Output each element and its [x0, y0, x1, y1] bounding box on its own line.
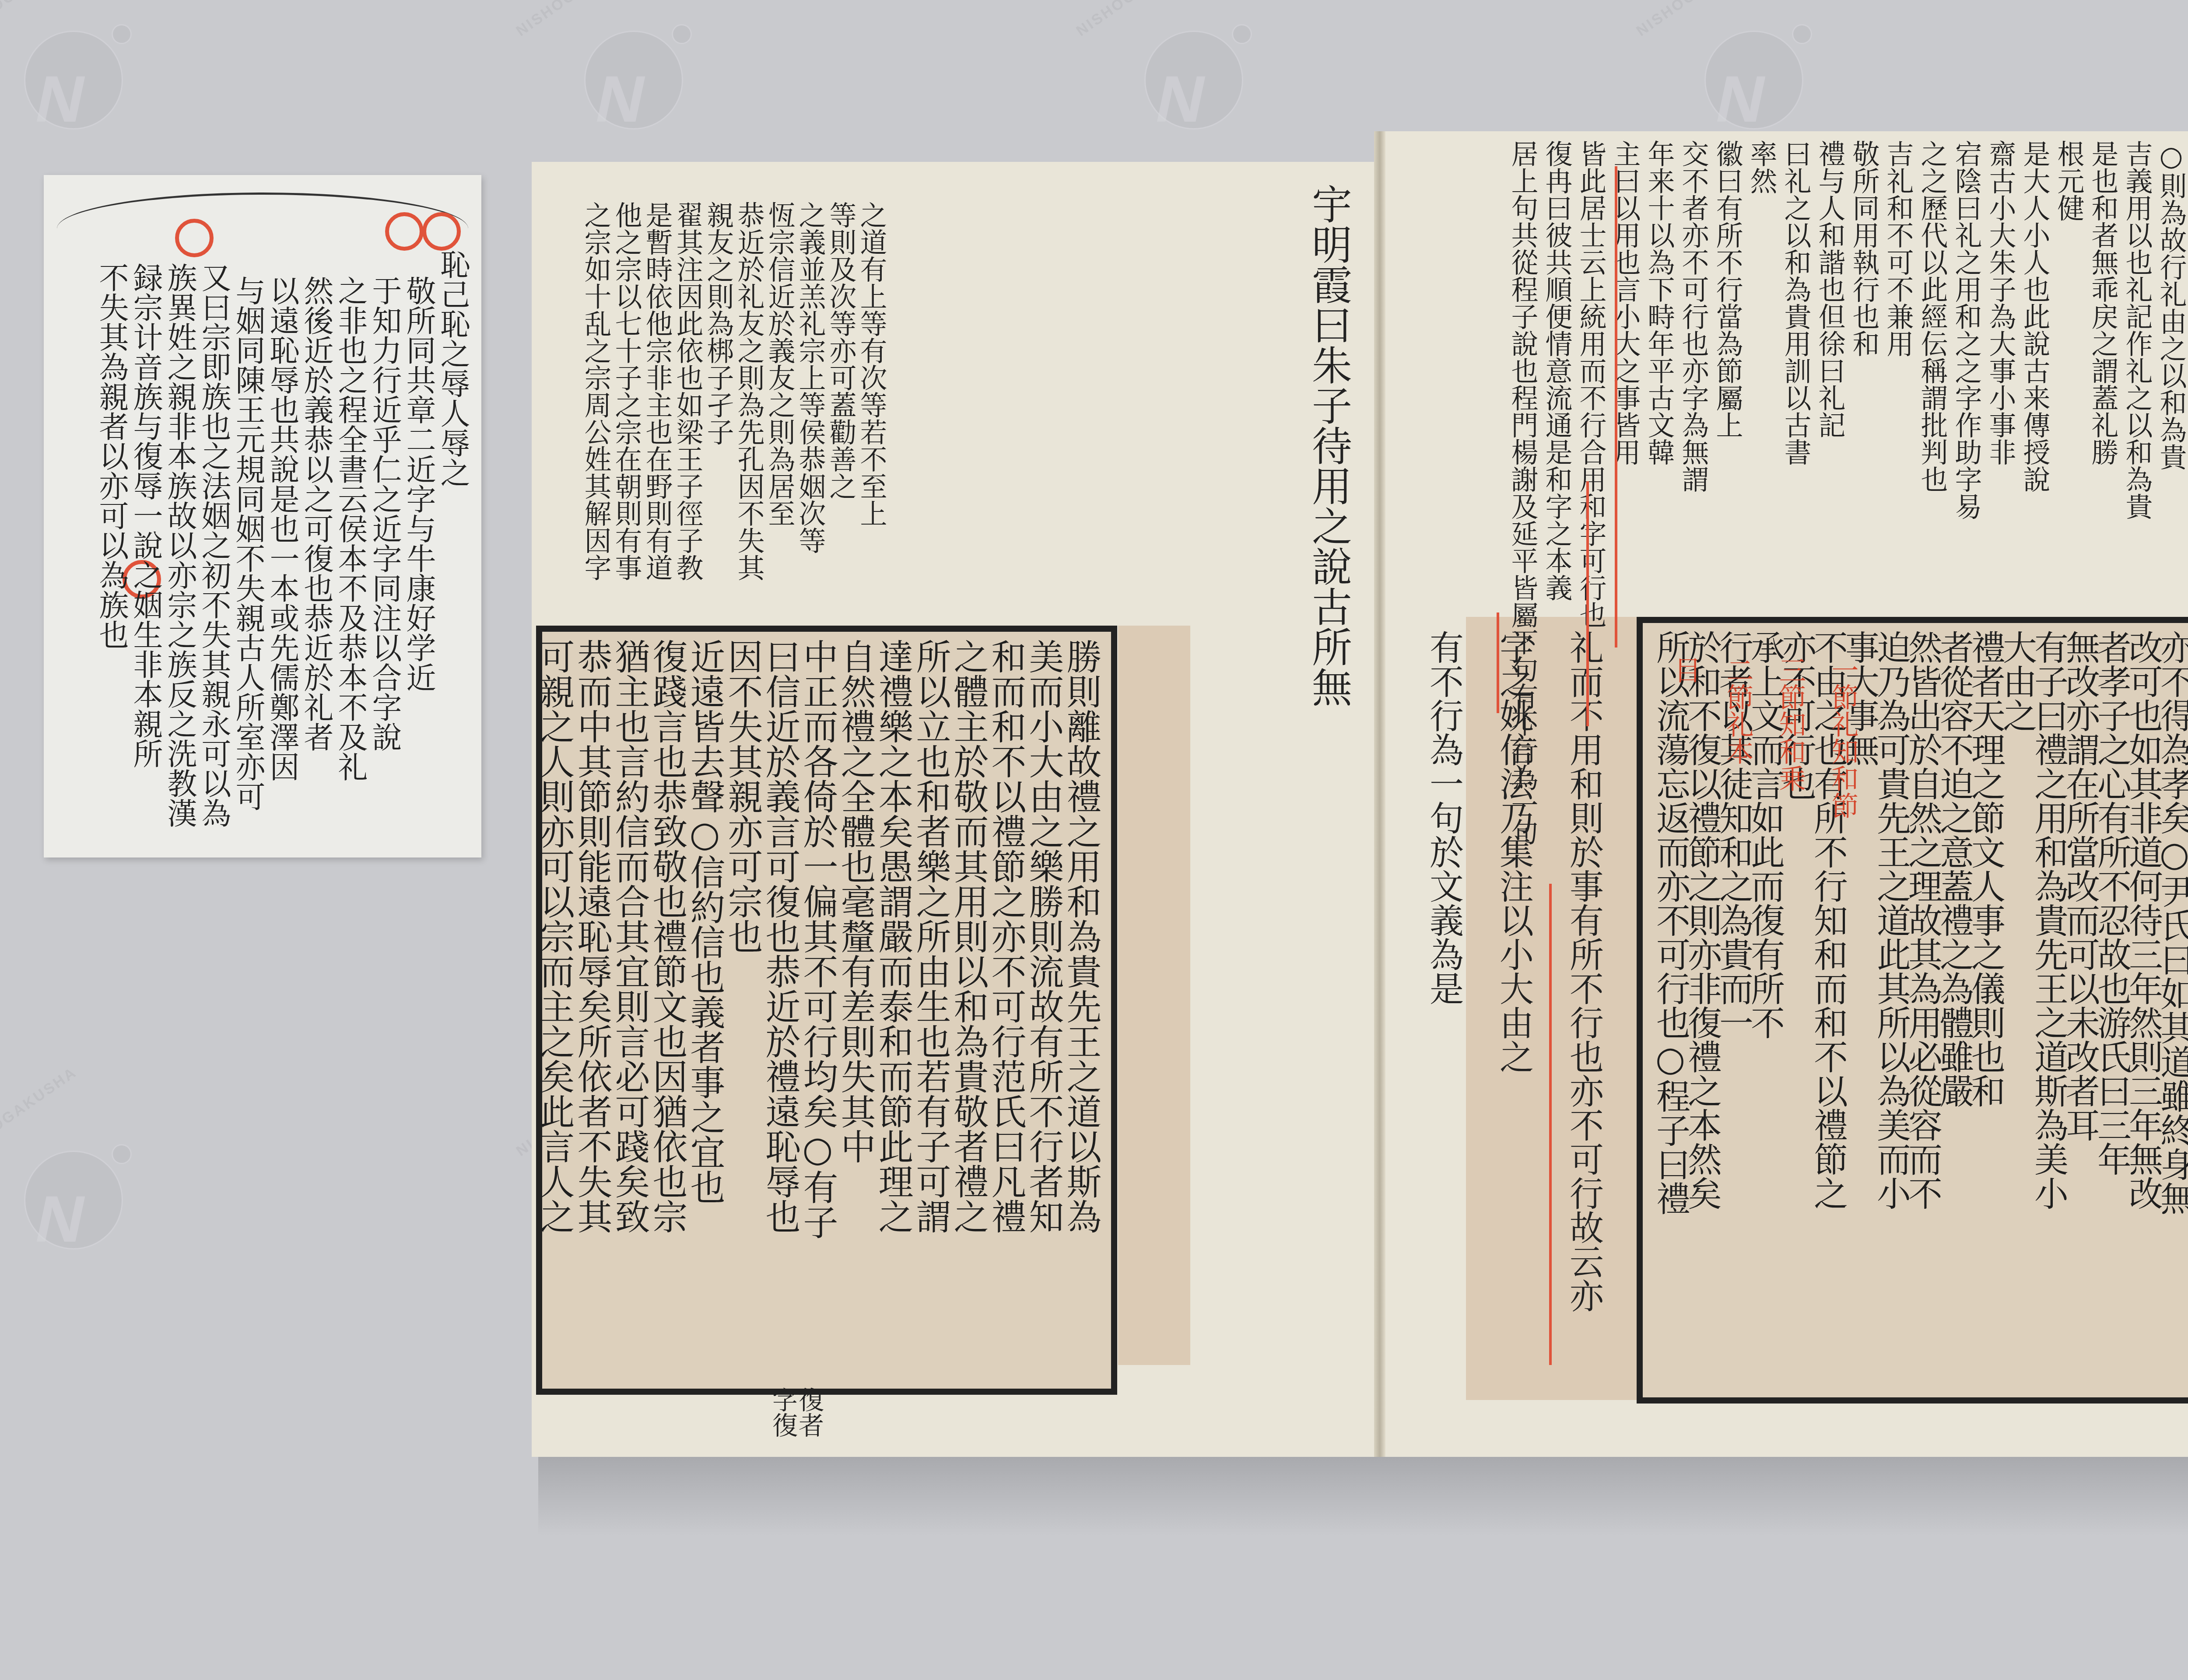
handwritten-note-column: 等則及次等亦可蓋勸善之 [827, 201, 854, 500]
slip-text-column: 之非也之程全書云侯本不及恭本不及礼 [335, 276, 365, 781]
red-circle-mark [175, 219, 214, 257]
printed-text-column: 因不失其親亦可宗也 [725, 639, 760, 954]
slip-text-column: 于知力行近乎仁之近字同注以合字說 [369, 276, 399, 752]
handwritten-note-column: 交不者亦不可行也亦字為無謂 [1680, 140, 1707, 493]
handwritten-note-column: 他之宗以七十子之宗在朝則有事 [613, 201, 640, 581]
printed-text-column: 勝則離故禮之用和為貴先王之道以斯為 [1063, 639, 1098, 1234]
vermilion-note: 目 [1672, 656, 1699, 683]
slip-text-column: 不失其為親者以亦可以為族也 [96, 262, 126, 649]
red-circle-mark [422, 212, 461, 251]
book-shadow [538, 1457, 2188, 1536]
vermilion-note: 三節知和乗 [1777, 656, 1804, 792]
handwritten-note-column: 之宗如十乱之宗周公姓其解因字 [582, 201, 609, 581]
nishogakusha-watermark-icon: NNISHOGAKUSHA [0, 1120, 131, 1251]
slip-text-column: 以遠恥辱也共說是也一本或先儒鄭澤因 [267, 276, 297, 781]
handwritten-note-column: 之道有上等有次等若不至上 [858, 201, 885, 527]
vermilion-note: 一節礼知和節 [1829, 656, 1856, 819]
nishogakusha-watermark-icon: NNISHOGAKUSHA [560, 0, 691, 131]
handwritten-note-column: 親友之則為梆子孑子 [705, 201, 732, 445]
slip-text-column: 敬所同共章二近字与牛康好学近 [403, 276, 433, 692]
printed-text-column: 之體主於敬而其用則以和為貴敬者禮之 [950, 639, 985, 1234]
book-gutter [1374, 131, 1385, 1457]
handwritten-note-column: 是大人小人也此說古来傳授說 [2021, 140, 2048, 493]
paper-strip [1118, 626, 1190, 1365]
slip-text-column: 然後近於義恭以之可復也恭近於礼者 [301, 276, 331, 752]
slip-text-column: 与姻同陳王元規同姻不失親古人所室亦可 [233, 276, 263, 811]
printed-text-column: 達禮樂之本矣愚謂嚴而泰和而節此理之 [875, 639, 910, 1234]
printed-text-column: 復踐言也恭致敬也禮節文也因猶依也宗 [649, 639, 684, 1234]
handwritten-note-column: 齋古小大朱子為大事小事非 [1987, 140, 2014, 465]
loose-note-slip: 恥己恥之辱人辱之敬所同共章二近字与牛康好学近于知力行近乎仁之近字同注以合字說之非… [44, 175, 481, 857]
handwritten-note-column: 恆宗信近於義友之則為居至 [766, 201, 793, 527]
red-annotation-line [1586, 481, 1589, 726]
handwritten-note-column: 吉義用以也礼記作礼之以和為貴 [2123, 140, 2150, 520]
center-note-column: 宇明霞曰朱子待用之說古所無 [1308, 184, 1349, 707]
handwritten-note-column: 字之姚信法乃集注以小大由之 [1497, 630, 1531, 1074]
printed-text-column: 美而小大由之樂勝則流故有所不行者知 [1026, 639, 1061, 1234]
red-annotation-line [1497, 612, 1499, 713]
nishogakusha-watermark-icon: NNISHOGAKUSHA [0, 0, 131, 131]
red-annotation-line [1615, 166, 1617, 647]
handwritten-note-column: 禮与人和諧也但徐曰礼記 [1816, 140, 1843, 438]
handwritten-note-column: 礼而不用和則於事有所不行也亦不可行故云亦 [1567, 630, 1601, 1312]
handwritten-note-column: 率然 [1748, 140, 1775, 194]
handwritten-note-column: 年来十以為下畤年平古文韓 [1645, 140, 1673, 465]
handwritten-note-column: 有不行為一句於文義為是 [1427, 630, 1461, 1005]
handwritten-note-column: 之之歷代以此經伝稱謂批判也 [1918, 140, 1946, 493]
printed-text-column: 所以流蕩忘返而亦不可行也○程子曰禮 [1653, 630, 1687, 1215]
handwritten-note-column: 曰礼之以和為貴用訓以古書 [1782, 140, 1809, 465]
handwritten-note-column: 敬所同用執行也和 [1850, 140, 1877, 357]
vermilion-note: 二節礼本 [1724, 656, 1751, 765]
slip-text-column: 又曰宗即族也之法姻之初不失其親永可以為 [199, 262, 228, 828]
handwritten-note-column: 是也和者無乖戻之謂蓋礼勝 [2089, 140, 2116, 465]
footer-note: 復者 [796, 1387, 822, 1438]
printed-text-column: 自然禮之全體也毫釐有差則失其中 [838, 639, 873, 1164]
nishogakusha-watermark-icon: NNISHOGAKUSHA [1680, 0, 1812, 131]
handwritten-note-column: 吉礼和不可不兼用 [1884, 140, 1911, 357]
printed-text-column: 曰信近於義言可復也恭近於禮遠恥辱也 [762, 639, 797, 1234]
slip-text-column: 族異姓之親非本族故以亦宗之族反之洗教漢 [165, 262, 194, 828]
printed-text-column: 所以立也和者樂之所由生也若有子可謂 [913, 639, 948, 1234]
handwritten-note-column: 是暫時依他宗非主也在野則有道 [643, 201, 670, 581]
printed-text-column: 和而和不以禮節之亦不可行范氏曰凡禮 [988, 639, 1023, 1234]
handwritten-note-column: 根元健 [2055, 140, 2082, 221]
handwritten-note-column: 復冉曰彼共順便情意流通是和字之本義 [1543, 140, 1570, 601]
handwritten-note-column: 之義並羔礼宗上等侯恭姻次等 [796, 201, 824, 554]
printed-text-column: 近遠皆去聲○信約信也義者事之宜也 [687, 639, 722, 1204]
printed-text-column: 恭而中其節則能遠恥辱矣所依者不失其 [574, 639, 609, 1234]
handwritten-note-column: 恭近於礼友之則為先孔因不失其 [735, 201, 762, 581]
red-circle-mark [385, 212, 424, 251]
red-annotation-line [1549, 884, 1552, 1365]
nishogakusha-watermark-icon: NNISHOGAKUSHA [1120, 0, 1252, 131]
slip-text-column: 録宗计音族与復辱一說之姻生非本親所 [130, 262, 160, 768]
printed-text-column: 猶主也言約信而合其宜則言必可踐矣致 [612, 639, 647, 1234]
handwritten-note-column: 徽曰有所不行當為節屬上 [1714, 140, 1741, 438]
slip-text-column: 恥己恥之辱人辱之 [438, 249, 467, 487]
printed-text-column: 中正而各倚於一偏其不可行均矣○有子 [800, 639, 835, 1239]
handwritten-note-column: 宕陰曰礼之用和之之字作助字易 [1953, 140, 1980, 520]
footer-note: 字復 [770, 1387, 796, 1438]
handwritten-note-column: 皆此居士云上統用而不行合用和字可行也 [1577, 140, 1604, 628]
printed-text-column: 可親之人則亦可以宗而主之矣此言人之 [536, 639, 572, 1234]
handwritten-note-column: ○則為故行礼由之以和為貴 [2157, 140, 2184, 470]
handwritten-note-column: 翟其注因此依也如梁王子徑子教 [674, 201, 701, 581]
